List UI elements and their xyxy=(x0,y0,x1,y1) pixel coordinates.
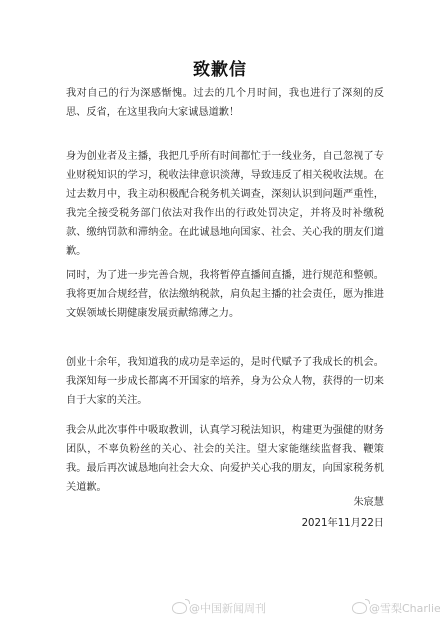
paragraph-3: 同时，为了进一步完善合规，我将暂停直播间直播，进行规范和整顿。我将更加合规经营，… xyxy=(66,266,384,323)
date: 2021年11月22日 xyxy=(302,514,384,529)
paragraph-5: 我会从此次事件中吸取教训，认真学习税法知识，构建更为强健的财务团队，不辜负粉丝的… xyxy=(66,421,384,497)
watermark-text: @中国新闻周刊 xyxy=(189,600,266,616)
watermark-text: @雪梨Charlie xyxy=(369,600,440,616)
paragraph-4: 创业十余年，我知道我的成功是幸运的，是时代赋予了我成长的机会。我深知每一步成长都… xyxy=(66,353,384,410)
paragraph-2: 身为创业者及主播，我把几乎所有时间都忙于一线业务，自己忽视了专业财税知识的学习，… xyxy=(66,147,384,261)
paragraph-1: 我对自己的行为深感惭愧。过去的几个月时间，我也进行了深刻的反思、反省，在这里我向… xyxy=(66,84,384,122)
weibo-icon xyxy=(172,602,187,614)
watermark-1: @中国新闻周刊 xyxy=(172,600,266,616)
watermark-2: @雪梨Charlie xyxy=(352,600,440,616)
weibo-icon xyxy=(352,602,367,614)
letter-title: 致歉信 xyxy=(0,55,440,80)
signature: 朱宸慧 xyxy=(353,493,384,508)
